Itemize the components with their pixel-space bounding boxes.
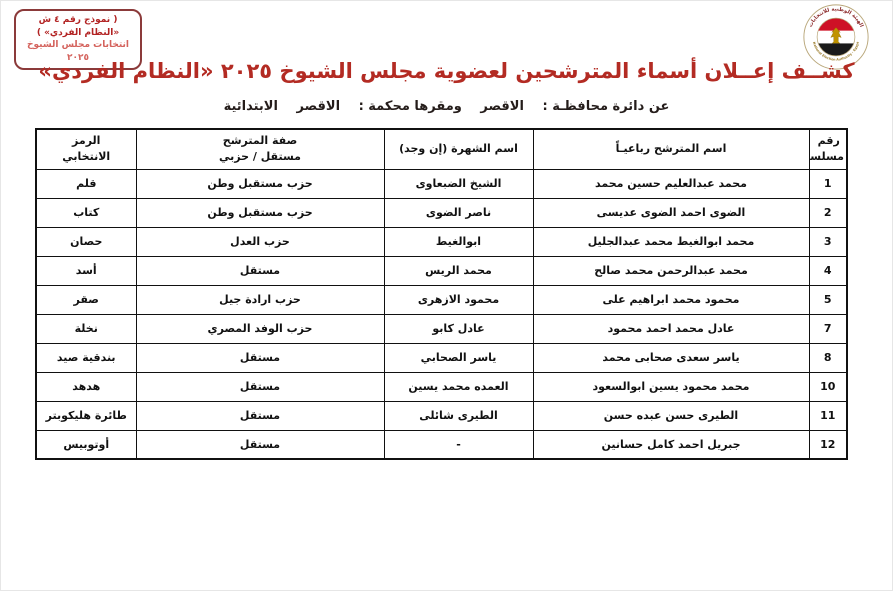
table-row: 2الضوى احمد الضوى عديسىناصر الضوىحزب مست… bbox=[36, 198, 847, 227]
cell-nickname: محمد الريس bbox=[384, 256, 533, 285]
cell-affiliation: مستقل bbox=[136, 430, 384, 459]
cell-affiliation: حزب ارادة جيل bbox=[136, 285, 384, 314]
header-row: رقممسلسلاسم المترشح رباعيـاًاسم الشهرة (… bbox=[36, 129, 847, 169]
column-header-nickname: اسم الشهرة (إن وجد) bbox=[384, 129, 533, 169]
table-row: 8ياسر سعدى صحابى محمدياسر الصحابيمستقلبن… bbox=[36, 343, 847, 372]
cell-serial: 4 bbox=[809, 256, 847, 285]
cell-symbol: كتاب bbox=[36, 198, 136, 227]
page-title: كشــف إعــلان أسماء المترشحين لعضوية مجل… bbox=[1, 59, 892, 83]
cell-nickname: العمده محمد يسين bbox=[384, 372, 533, 401]
cell-nickname: - bbox=[384, 430, 533, 459]
cell-nickname: ياسر الصحابي bbox=[384, 343, 533, 372]
cell-serial: 10 bbox=[809, 372, 847, 401]
court-label: ومقرها محكمة : bbox=[359, 99, 462, 114]
cell-affiliation: حزب العدل bbox=[136, 227, 384, 256]
cell-affiliation: حزب مستقبل وطن bbox=[136, 198, 384, 227]
cell-nickname: ناصر الضوى bbox=[384, 198, 533, 227]
table-row: 7عادل محمد احمد محمودعادل كابوحزب الوفد … bbox=[36, 314, 847, 343]
table-row: 5محمود محمد ابراهيم علىمحمود الازهرىحزب … bbox=[36, 285, 847, 314]
governorate-value: الاقصر bbox=[480, 99, 524, 114]
cell-symbol: قلم bbox=[36, 169, 136, 198]
cell-name: جبريل احمد كامل حسانين bbox=[533, 430, 809, 459]
cell-symbol: نخلة bbox=[36, 314, 136, 343]
cell-serial: 3 bbox=[809, 227, 847, 256]
cell-nickname: عادل كابو bbox=[384, 314, 533, 343]
cell-symbol: صقر bbox=[36, 285, 136, 314]
cell-serial: 7 bbox=[809, 314, 847, 343]
cell-symbol: طائرة هليكوبتر bbox=[36, 401, 136, 430]
cell-affiliation: مستقل bbox=[136, 343, 384, 372]
column-header-serial: رقممسلسل bbox=[809, 129, 847, 169]
table-row: 4محمد عبدالرحمن محمد صالحمحمد الريسمستقل… bbox=[36, 256, 847, 285]
cell-affiliation: حزب الوفد المصري bbox=[136, 314, 384, 343]
cell-name: ياسر سعدى صحابى محمد bbox=[533, 343, 809, 372]
cell-affiliation: حزب مستقبل وطن bbox=[136, 169, 384, 198]
cell-serial: 2 bbox=[809, 198, 847, 227]
cell-affiliation: مستقل bbox=[136, 256, 384, 285]
cell-serial: 11 bbox=[809, 401, 847, 430]
court-type-value: الابتدائية bbox=[224, 99, 278, 114]
cell-name: محمد عبدالرحمن محمد صالح bbox=[533, 256, 809, 285]
cell-name: محمد محمود يسين ابوالسعود bbox=[533, 372, 809, 401]
cell-name: محمود محمد ابراهيم على bbox=[533, 285, 809, 314]
cell-serial: 5 bbox=[809, 285, 847, 314]
cell-name: الضوى احمد الضوى عديسى bbox=[533, 198, 809, 227]
cell-symbol: حصان bbox=[36, 227, 136, 256]
district-prefix-label: عن دائرة محافظـة : bbox=[542, 99, 669, 114]
court-value: الاقصر bbox=[296, 99, 340, 114]
cell-symbol: هدهد bbox=[36, 372, 136, 401]
cell-affiliation: مستقل bbox=[136, 401, 384, 430]
cell-symbol: أوتوبيس bbox=[36, 430, 136, 459]
cell-nickname: الشيخ الضبعاوى bbox=[384, 169, 533, 198]
cell-serial: 1 bbox=[809, 169, 847, 198]
column-header-name: اسم المترشح رباعيـاً bbox=[533, 129, 809, 169]
table-row: 1محمد عبدالعليم حسين محمدالشيخ الضبعاوىح… bbox=[36, 169, 847, 198]
table-row: 10محمد محمود يسين ابوالسعودالعمده محمد ي… bbox=[36, 372, 847, 401]
cell-name: محمد ابوالغيط محمد عبدالجليل bbox=[533, 227, 809, 256]
column-header-affiliation: صفة المترشحمستقل / حزبي bbox=[136, 129, 384, 169]
table-row: 3محمد ابوالغيط محمد عبدالجليلابوالغيطحزب… bbox=[36, 227, 847, 256]
document-page: ( نموذج رقم ٤ ش «النظام الفردي» ) انتخاب… bbox=[0, 0, 893, 591]
table-row: 12جبريل احمد كامل حسانين-مستقلأوتوبيس bbox=[36, 430, 847, 459]
cell-affiliation: مستقل bbox=[136, 372, 384, 401]
cell-name: محمد عبدالعليم حسين محمد bbox=[533, 169, 809, 198]
cell-nickname: الطيرى شائلى bbox=[384, 401, 533, 430]
cell-name: عادل محمد احمد محمود bbox=[533, 314, 809, 343]
table-row: 11الطيرى حسن عبده حسنالطيرى شائلىمستقلطا… bbox=[36, 401, 847, 430]
column-header-symbol: الرمزالانتخابي bbox=[36, 129, 136, 169]
cell-nickname: ابوالغيط bbox=[384, 227, 533, 256]
cell-symbol: أسد bbox=[36, 256, 136, 285]
cell-nickname: محمود الازهرى bbox=[384, 285, 533, 314]
form-number-label: ( نموذج رقم ٤ ش «النظام الفردي» ) bbox=[20, 14, 136, 39]
cell-symbol: بندقية صيد bbox=[36, 343, 136, 372]
district-line: عن دائرة محافظـة : الاقصر ومقرها محكمة :… bbox=[1, 99, 892, 114]
cell-serial: 8 bbox=[809, 343, 847, 372]
cell-serial: 12 bbox=[809, 430, 847, 459]
cell-name: الطيرى حسن عبده حسن bbox=[533, 401, 809, 430]
candidates-table: رقممسلسلاسم المترشح رباعيـاًاسم الشهرة (… bbox=[35, 128, 848, 460]
